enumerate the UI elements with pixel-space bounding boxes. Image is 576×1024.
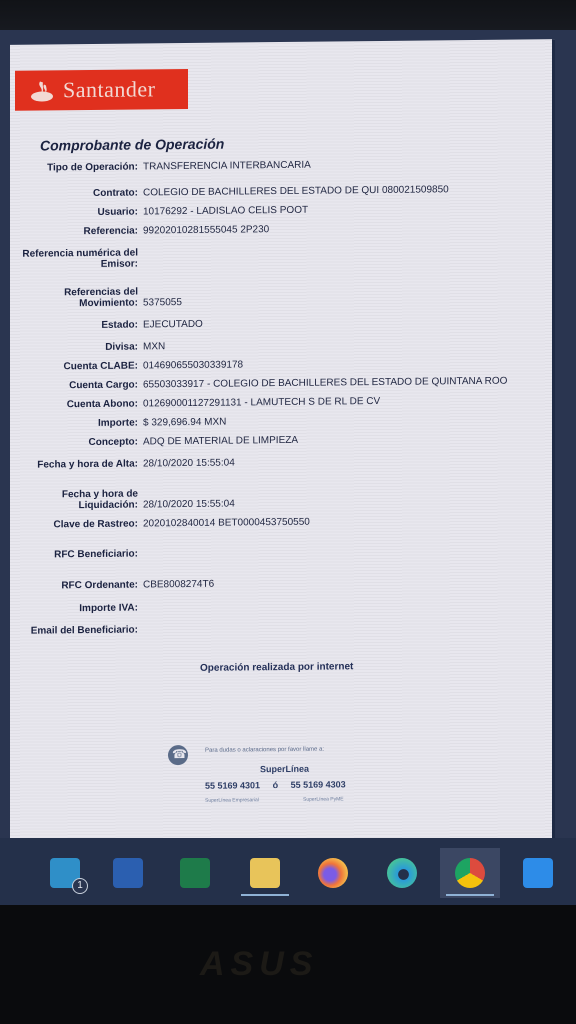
field-value: COLEGIO DE BACHILLERES DEL ESTADO DE QUI… [138,184,449,198]
firefox-icon [318,858,348,888]
field-value: ADQ DE MATERIAL DE LIMPIEZA [138,435,298,448]
field-row: RFC Ordenante:CBE8008274T6 [10,579,214,592]
santander-flame-icon [29,78,55,102]
service-name: SuperLínea [260,764,309,775]
excel-icon [180,858,210,888]
field-row: Divisa:MXN [10,341,165,354]
field-row: Tipo de Operación:TRANSFERENCIA INTERBAN… [10,160,311,174]
taskbar-item-file-explorer[interactable] [235,848,295,898]
santander-logo: Santander [15,69,188,111]
phone-1-label: SuperLínea Empresarial [205,797,259,804]
phone-separator: ó [273,780,279,790]
field-value: MXN [138,341,165,352]
field-row: Importe IVA: [10,602,143,614]
field-row: Usuario:10176292 - LADISLAO CELIS POOT [10,205,308,219]
receipt-document: Santander Comprobante de Operación Tipo … [10,39,555,845]
brand-name: Santander [63,76,155,103]
field-label: Clave de Rastreo: [10,519,138,531]
field-label: Cuenta Cargo: [10,380,138,392]
running-indicator [241,894,289,896]
phone-icon [168,745,188,765]
phone-1: 55 5169 4301 [205,780,260,791]
phone-2: 55 5169 4303 [291,779,346,790]
folder-icon [250,858,280,888]
field-value: 5375055 [138,297,182,308]
field-value: 28/10/2020 15:55:04 [138,498,235,510]
phone-2-label: SuperLínea PyME [303,796,344,802]
field-value: TRANSFERENCIA INTERBANCARIA [138,160,311,173]
taskbar-item-edge[interactable] [372,848,432,898]
asus-logo: ASUS [200,945,318,984]
field-label: Divisa: [10,342,138,354]
page-title: Comprobante de Operación [40,136,224,154]
phone-numbers: 55 5169 4301 ó 55 5169 4303 [205,779,356,791]
taskbar-item-chrome[interactable] [440,848,500,898]
notification-badge: 1 [72,878,88,894]
field-label: Referencias del Movimiento: [10,287,138,310]
field-row: Referencias del Movimiento:5375055 [10,286,182,310]
field-row: Fecha y hora de Alta:28/10/2020 15:55:04 [10,457,235,470]
mail-icon: 1 [50,858,80,888]
field-row: RFC Beneficiario: [10,548,143,560]
field-row: Concepto:ADQ DE MATERIAL DE LIMPIEZA [10,435,298,449]
running-indicator [446,894,494,896]
zoom-icon [523,858,553,888]
field-label: RFC Ordenante: [10,580,138,592]
field-value: 10176292 - LADISLAO CELIS POOT [138,205,308,218]
field-row: Importe:$ 329,696.94 MXN [10,417,226,430]
field-value: 28/10/2020 15:55:04 [138,457,235,469]
field-row: Cuenta CLABE:014690655030339178 [10,359,243,372]
field-label: Referencia numérica del Emisor: [10,248,138,271]
operation-note: Operación realizada por internet [200,661,353,674]
field-label: Cuenta CLABE: [10,361,138,373]
chrome-icon [455,858,485,888]
field-label: Fecha y hora de Alta: [10,459,138,471]
help-section: Para dudas o aclaraciones por favor llam… [165,741,425,744]
field-value: $ 329,696.94 MXN [138,417,226,429]
field-row: Estado:EJECUTADO [10,319,203,332]
field-row: Fecha y hora de Liquidación:28/10/2020 1… [10,487,235,511]
field-label: Estado: [10,320,138,332]
field-label: Fecha y hora de Liquidación: [10,489,138,512]
field-value: 99202010281555045 2P230 [138,224,269,236]
field-label: Tipo de Operación: [10,162,138,174]
field-label: RFC Beneficiario: [10,549,138,561]
field-value: CBE8008274T6 [138,579,214,591]
field-row: Contrato:COLEGIO DE BACHILLERES DEL ESTA… [10,184,449,200]
field-label: Importe IVA: [10,603,138,615]
word-icon [113,858,143,888]
taskbar-item-word[interactable] [98,848,158,898]
field-row: Clave de Rastreo:2020102840014 BET000045… [10,517,310,531]
field-value: 2020102840014 BET0000453750550 [138,517,310,530]
field-label: Cuenta Abono: [10,399,138,411]
field-label: Contrato: [10,188,138,200]
field-label: Importe: [10,418,138,430]
field-row: Cuenta Cargo:65503033917 - COLEGIO DE BA… [10,376,507,392]
field-value: 014690655030339178 [138,359,243,371]
field-value: EJECUTADO [138,319,203,331]
help-text: Para dudas o aclaraciones por favor llam… [205,747,324,754]
taskbar: 1 [0,838,576,908]
taskbar-item-zoom[interactable] [508,848,568,898]
field-row: Referencia numérica del Emisor: [10,247,143,270]
field-row: Email del Beneficiario: [10,624,143,636]
field-label: Email del Beneficiario: [10,625,138,637]
taskbar-item-excel[interactable] [165,848,225,898]
edge-icon [387,858,417,888]
field-row: Cuenta Abono:012690001127291131 - LAMUTE… [10,396,380,411]
receipt-fields: Tipo de Operación:TRANSFERENCIA INTERBAN… [10,157,555,163]
field-label: Referencia: [10,226,138,238]
taskbar-item-firefox[interactable] [303,848,363,898]
field-label: Usuario: [10,207,138,219]
field-row: Referencia:99202010281555045 2P230 [10,224,269,238]
field-value: 012690001127291131 - LAMUTECH S DE RL DE… [138,396,380,410]
taskbar-item-mail[interactable]: 1 [35,848,95,898]
field-value: 65503033917 - COLEGIO DE BACHILLERES DEL… [138,376,507,391]
field-label: Concepto: [10,437,138,449]
